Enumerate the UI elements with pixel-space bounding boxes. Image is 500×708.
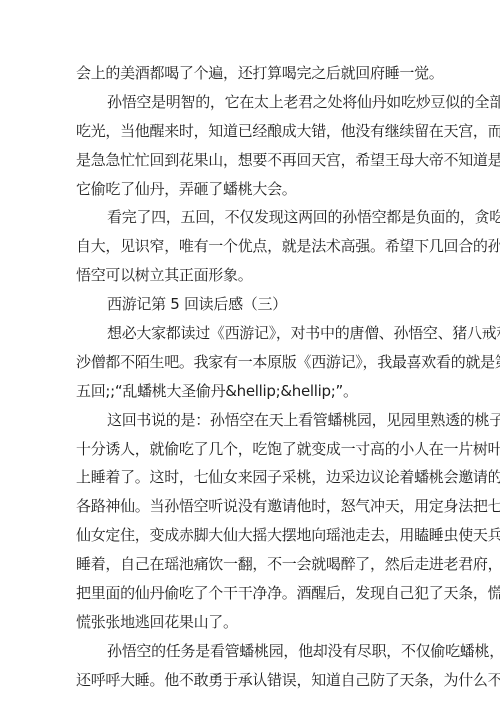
paragraph-start-line: 这回书说的是：孙悟空在天上看管蟠桃园，见园里熟透的桃子 [76,406,418,435]
text-line: 悟空可以树立其正面形象。 [76,261,418,290]
document-body: 会上的美酒都喝了个遍，还打算喝完之后就回府睡一觉。 孙悟空是明智的，它在太上老君… [76,59,418,695]
text-line: 仙女定住，变成赤脚大仙大摇大摆地向瑶池走去，用瞌睡虫使天兵 [76,521,418,550]
paragraph-start-line: 孙悟空是明智的，它在太上老君之处将仙丹如吃炒豆似的全部 [76,88,418,117]
text-line: 会上的美酒都喝了个遍，还打算喝完之后就回府睡一觉。 [76,59,418,88]
text-line: 五回;;“乱蟠桃大圣偷丹&hellip;&hellip;”。 [76,377,418,406]
text-line: 十分诱人，就偷吃了几个，吃饱了就变成一寸高的小人在一片树叶 [76,435,418,464]
text-line: 沙僧都不陌生吧。我家有一本原版《西游记》，我最喜欢看的就是第 [76,348,418,377]
section-heading: 西游记第 5 回读后感（三） [76,290,418,319]
text-line: 各路神仙。当孙悟空听说没有邀请他时，怒气冲天，用定身法把七 [76,492,418,521]
text-line: 是急急忙忙回到花果山，想要不再回天宫，希望王母大帝不知道是 [76,146,418,175]
text-line: 上睡着了。这时，七仙女来园子采桃，边采边议论着蟠桃会邀请的 [76,463,418,492]
text-line: 吃光，当他醒来时，知道已经酿成大错，他没有继续留在天宫，而 [76,117,418,146]
text-line: 还呼呼大睡。他不敢勇于承认错误，知道自己防了天条，为什么不 [76,666,418,695]
text-line: 它偷吃了仙丹，弄砸了蟠桃大会。 [76,175,418,204]
paragraph-start-line: 看完了四，五回，不仅发现这两回的孙悟空都是负面的，贪吃， [76,203,418,232]
paragraph-start-line: 想必大家都读过《西游记》，对书中的唐僧、孙悟空、猪八戒和 [76,319,418,348]
text-line: 睡着，自己在瑶池痛饮一翻，不一会就喝醉了，然后走进老君府， [76,550,418,579]
document-page: 会上的美酒都喝了个遍，还打算喝完之后就回府睡一觉。 孙悟空是明智的，它在太上老君… [0,0,500,708]
text-line: 自大，见识窄，唯有一个优点，就是法术高强。希望下几回合的孙 [76,232,418,261]
paragraph-start-line: 孙悟空的任务是看管蟠桃园，他却没有尽职，不仅偷吃蟠桃， [76,637,418,666]
text-line: 把里面的仙丹偷吃了个干干净净。酒醒后，发现自己犯了天条，慌 [76,579,418,608]
text-line: 慌张张地逃回花果山了。 [76,608,418,637]
